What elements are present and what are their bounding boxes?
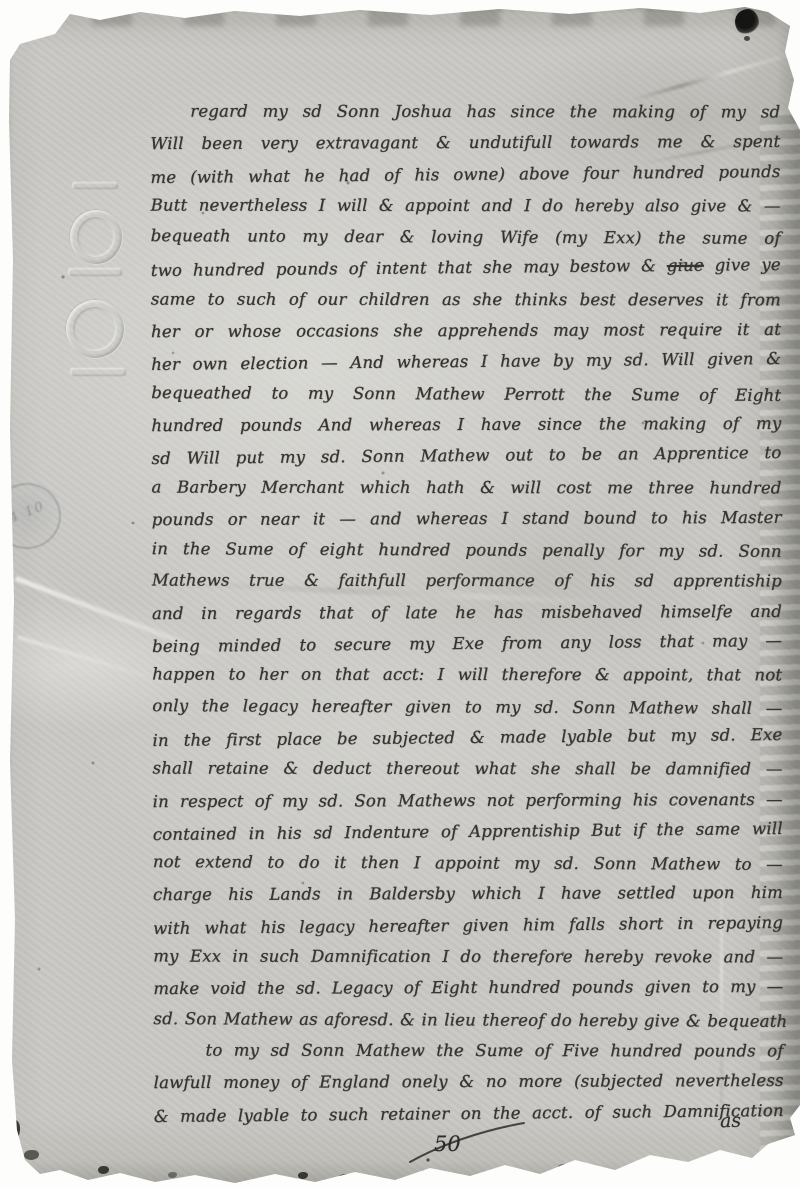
embossed-duty-stamp-top xyxy=(70,210,122,264)
embossed-stamp-text-ridge xyxy=(70,368,126,376)
manuscript-line: hundred pounds And whereas I have since … xyxy=(151,408,781,441)
manuscript-line: make void the sd. Legacy of Eight hundre… xyxy=(153,971,783,1004)
manuscript-line: in the Sume of eight hundred pounds pena… xyxy=(152,533,782,567)
manuscript-line: being minded to secure my Exe from any l… xyxy=(152,625,782,662)
manuscript-line: Mathews true & faithfull performance of … xyxy=(152,565,782,597)
manuscript-line: sd Will put my sd. Sonn Mathew out to be… xyxy=(151,437,781,474)
manuscript-line: two hundred pounds of intent that she ma… xyxy=(151,249,781,286)
embossed-stamp-text-ridge xyxy=(72,182,118,189)
torn-top-edge-shading xyxy=(0,0,800,26)
manuscript-line: a Barbery Merchant which hath & will cos… xyxy=(152,471,782,503)
paper-foxing-specks xyxy=(0,0,2,2)
line-text: give ye xyxy=(704,255,781,275)
embossed-duty-stamp-bottom xyxy=(66,300,124,358)
manuscript-line: in respect of my sd. Son Mathews not per… xyxy=(153,783,783,816)
ink-speck xyxy=(744,36,750,41)
edge-ink-smudge xyxy=(24,1150,39,1160)
manuscript-line: pounds or near it — and whereas I stand … xyxy=(152,502,782,535)
edge-ink-smudge xyxy=(98,1166,109,1174)
manuscript-line: only the legacy hereafter given to my sd… xyxy=(152,690,782,724)
edge-ink-smudge xyxy=(8,1120,20,1140)
line-text: two hundred pounds of intent that she ma… xyxy=(151,257,667,281)
edge-ink-smudge xyxy=(168,1172,177,1178)
edge-ink-smudge xyxy=(338,1174,355,1182)
manuscript-line: same to such of our children as she thin… xyxy=(151,283,781,315)
round-ink-stamp: 4 10 xyxy=(0,483,61,549)
manuscript-text-block: regard my sd Sonn Joshua has since the m… xyxy=(150,95,784,1130)
ink-blot xyxy=(735,9,759,34)
manuscript-paper: 4 10 regard my sd Sonn Joshua has since … xyxy=(0,0,800,1187)
embossed-stamp-text-ridge xyxy=(68,268,122,276)
manuscript-line: my Exx in such Damnification I do theref… xyxy=(153,941,783,973)
manuscript-line: lawfull money of England onely & no more… xyxy=(154,1065,784,1098)
manuscript-line: happen to her on that acct: I will there… xyxy=(152,659,782,691)
manuscript-line: charge his Lands in Baldersby which I ha… xyxy=(153,877,783,910)
manuscript-line: not extend to do it then I appoint my sd… xyxy=(153,846,783,880)
edge-ink-smudge xyxy=(298,1172,308,1179)
edge-ink-smudge xyxy=(558,1164,567,1170)
manuscript-line: bequeathed to my Sonn Mathew Perrott the… xyxy=(151,377,781,411)
manuscript-line: me (with what he had of his owne) above … xyxy=(150,156,780,193)
scanned-manuscript-page: 4 10 regard my sd Sonn Joshua has since … xyxy=(0,0,800,1187)
manuscript-line: her own election — And whereas I have by… xyxy=(151,343,781,380)
manuscript-line: with what his legacy hereafter given him… xyxy=(153,907,783,944)
manuscript-line: regard my sd Sonn Joshua has since the m… xyxy=(150,96,780,128)
pen-flourish xyxy=(402,1116,534,1170)
edge-ink-smudge xyxy=(420,1170,430,1176)
ink-stamp-text: 4 10 xyxy=(8,499,48,527)
manuscript-line: her or whose occasions she apprehends ma… xyxy=(151,314,781,347)
catchword: as xyxy=(720,1110,742,1133)
manuscript-line: in the first place be subjected & made l… xyxy=(152,719,782,756)
manuscript-line: to my sd Sonn Mathew the Sume of Five hu… xyxy=(154,1034,784,1066)
manuscript-line: Butt nevertheless I will & appoint and I… xyxy=(151,189,781,221)
folio-number: 50 xyxy=(434,1132,461,1156)
deleted-word: giue xyxy=(667,256,704,275)
manuscript-line: and in regards that of late he has misbe… xyxy=(152,596,782,629)
manuscript-line: shall retaine & deduct thereout what she… xyxy=(153,753,783,785)
folio-number-group: 50 xyxy=(402,1116,534,1170)
manuscript-line: sd. Son Mathew as aforesd. & in lieu the… xyxy=(153,1003,783,1037)
manuscript-line: Will been very extravagant & undutifull … xyxy=(150,126,780,159)
manuscript-line: contained in his sd Indenture of Apprent… xyxy=(153,813,783,850)
